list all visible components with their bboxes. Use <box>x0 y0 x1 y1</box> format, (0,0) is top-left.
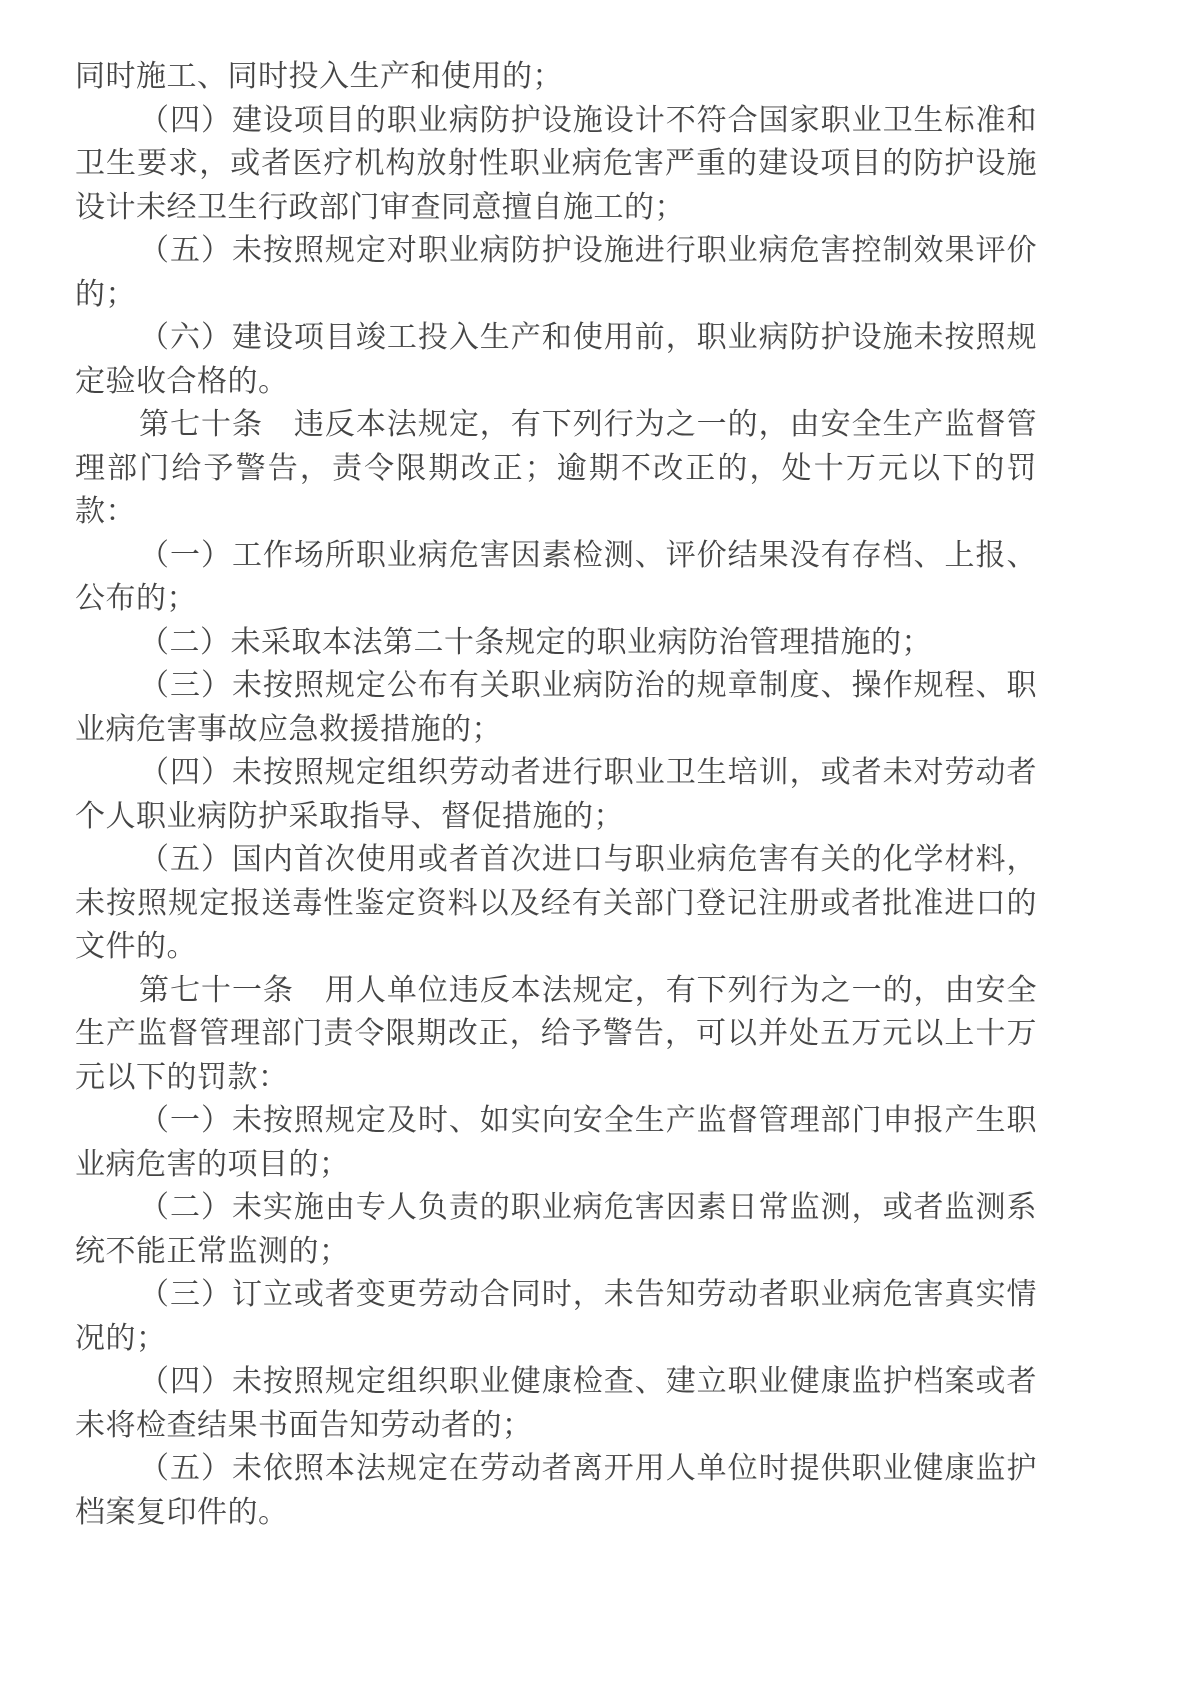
article-71-item-4: （四）未按照规定组织职业健康检查、建立职业健康监护档案或者未将检查结果书面告知劳… <box>75 1360 1037 1447</box>
paragraph-item-4-design: （四）建设项目的职业病防护设施设计不符合国家职业卫生标准和卫生要求，或者医疗机构… <box>75 99 1037 230</box>
article-70-item-5: （五）国内首次使用或者首次进口与职业病危害有关的化学材料，未按照规定报送毒性鉴定… <box>75 838 1037 969</box>
article-71-item-2: （二）未实施由专人负责的职业病危害因素日常监测，或者监测系统不能正常监测的； <box>75 1186 1037 1273</box>
article-70-heading: 第七十条 违反本法规定，有下列行为之一的，由安全生产监督管理部门给予警告，责令限… <box>75 403 1037 534</box>
article-71-heading: 第七十一条 用人单位违反本法规定，有下列行为之一的，由安全生产监督管理部门责令限… <box>75 969 1037 1100</box>
article-70-item-2: （二）未采取本法第二十条规定的职业病防治管理措施的； <box>75 621 1037 665</box>
document-page: 同时施工、同时投入生产和使用的； （四）建设项目的职业病防护设施设计不符合国家职… <box>75 55 1037 1534</box>
paragraph-continuation: 同时施工、同时投入生产和使用的； <box>75 55 1037 99</box>
article-71-item-5: （五）未依照本法规定在劳动者离开用人单位时提供职业健康监护档案复印件的。 <box>75 1447 1037 1534</box>
article-70-item-3: （三）未按照规定公布有关职业病防治的规章制度、操作规程、职业病危害事故应急救援措… <box>75 664 1037 751</box>
article-71-item-1: （一）未按照规定及时、如实向安全生产监督管理部门申报产生职业病危害的项目的； <box>75 1099 1037 1186</box>
paragraph-item-6-acceptance: （六）建设项目竣工投入生产和使用前，职业病防护设施未按照规定验收合格的。 <box>75 316 1037 403</box>
article-70-item-1: （一）工作场所职业病危害因素检测、评价结果没有存档、上报、公布的； <box>75 534 1037 621</box>
article-71-item-3: （三）订立或者变更劳动合同时，未告知劳动者职业病危害真实情况的； <box>75 1273 1037 1360</box>
paragraph-item-5-evaluation: （五）未按照规定对职业病防护设施进行职业病危害控制效果评价的； <box>75 229 1037 316</box>
article-70-item-4: （四）未按照规定组织劳动者进行职业卫生培训，或者未对劳动者个人职业病防护采取指导… <box>75 751 1037 838</box>
